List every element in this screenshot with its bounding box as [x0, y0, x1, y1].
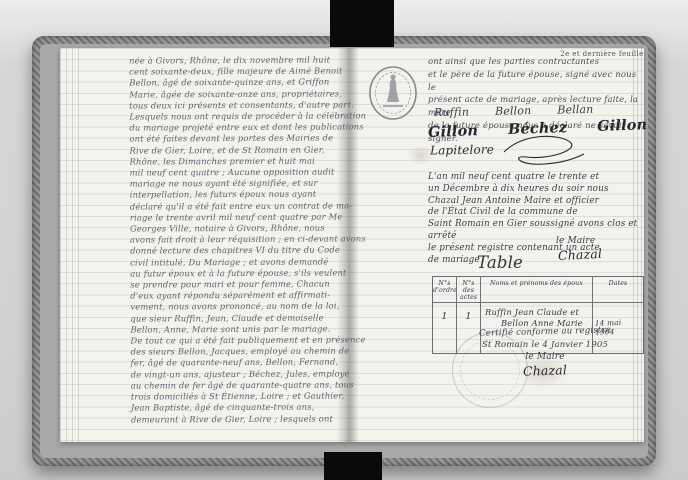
maire-signature: Chazal [558, 246, 603, 263]
handwritten-line: demeurant à Rive de Gier, Loire ; lesque… [131, 413, 337, 425]
holding-strap-top [330, 0, 394, 47]
handwritten-line: que sieur Ruffin, Jean, Claude et demois… [130, 312, 336, 324]
handwritten-line: ont ainsi que les parties contractantes [428, 56, 642, 69]
handwritten-line: Saint Romain en Gier soussigné avons clo… [428, 219, 644, 243]
handwritten-line: de l'État Civil de la commune de [428, 207, 644, 219]
table-heading: Table [452, 253, 548, 272]
page-edges-left [60, 48, 84, 442]
certification-block: Certifié conforme au registre St Romain … [452, 327, 638, 378]
col-header-dates: Dates [593, 277, 643, 303]
col-header-actes: N°s des actes [457, 277, 481, 303]
spouse-names-line1: Ruffin Jean Claude et [485, 307, 592, 318]
handwritten-line: déclaré qu'il a été fait entre eux un co… [130, 200, 336, 212]
holding-strap-bottom [324, 452, 382, 480]
col-header-ordre: N°s d'ordre [433, 277, 457, 303]
witness-signatures-row2: Lapitelore [430, 142, 494, 157]
handwritten-line: civil intitulé, Du Mariage ; et avons de… [130, 256, 336, 268]
certification-place-date: St Romain le 4 Janvier 1905 [452, 340, 638, 350]
certification-line: Certifié conforme au registre [452, 325, 638, 340]
handwritten-line: un Décembre à dix heures du soir nous [428, 184, 644, 196]
col-header-noms: Noms et prénoms des époux [481, 277, 593, 303]
signature-flourish [498, 130, 590, 176]
signature: Bellan [557, 103, 593, 117]
handwritten-line: interpellation, les futurs époux nous ay… [130, 189, 336, 201]
signature: Gillon [428, 122, 479, 141]
handwritten-line: vement, nous avons prononcé, au nom de l… [130, 301, 336, 313]
signature: Ruffin [434, 105, 469, 119]
scanned-register-page: née à Givors, Rhône, le dix novembre mil… [0, 0, 688, 480]
handwritten-line: ont été faites devant les portes des Mai… [129, 133, 335, 145]
handwritten-line: Bellon, âgé de soixante-quinze ans, et G… [129, 77, 335, 89]
handwritten-line: L'an mil neuf cent quatre le trente et [428, 172, 644, 184]
signature: Bellon [495, 104, 532, 118]
handwritten-line: de vingt-un ans, ajusteur ; Béchez, Jule… [131, 368, 337, 380]
handwritten-line: et le père de la future épouse, signé av… [428, 69, 642, 95]
handwritten-line: donné lecture des chapitres VI du titre … [130, 245, 336, 257]
signature: Gillon [597, 116, 648, 135]
maire-title: le Maire [556, 236, 595, 246]
handwritten-line: Rive de Gier, Loire, et de St Romain en … [130, 144, 336, 156]
handwritten-line: fer, âgé de quarante-neuf ans, Bellon, F… [131, 357, 337, 369]
handwritten-line: Jean Baptiste, âgé de cinquante-trois an… [131, 402, 337, 414]
handwritten-line: Marie, âgée de soixante-onze ans, propri… [129, 88, 335, 100]
republique-stamp-icon [368, 66, 418, 120]
signature: Lapitelore [430, 142, 494, 157]
left-page-manuscript: née à Givors, Rhône, le dix novembre mil… [129, 54, 337, 425]
handwritten-line: Chazal Jean Antoine Maire et officier [428, 196, 644, 208]
